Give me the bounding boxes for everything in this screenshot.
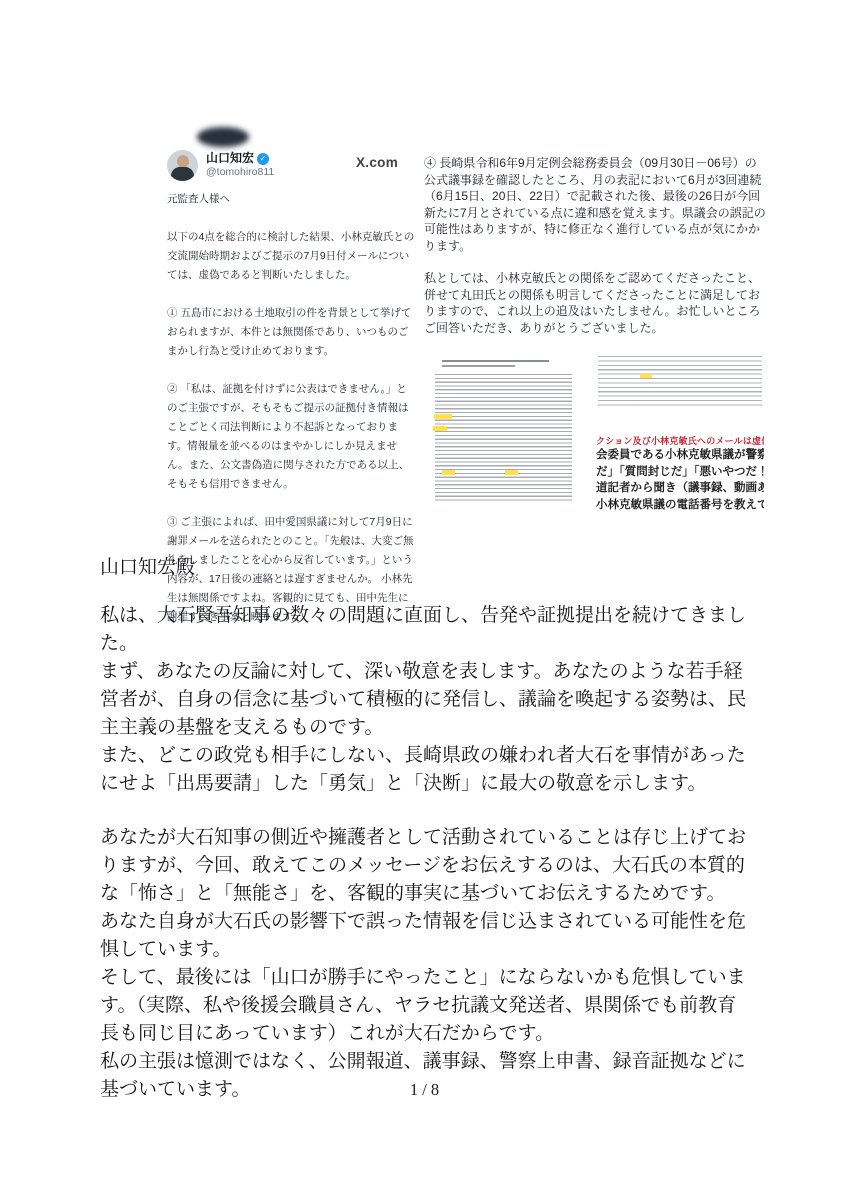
- highlight-mark: [505, 470, 518, 475]
- thumbnail-header-line: [442, 365, 515, 367]
- author-handle: @tomohiro811: [206, 166, 274, 179]
- tweet-paragraph: ① 五島市における土地取引の件を背景として挙げておられますが、本件とは無関係であ…: [167, 304, 415, 361]
- verified-badge-icon: ✓: [257, 153, 269, 165]
- article-text-fragment: 会委員である小林克敏県議が警察本 だ」「質問封じだ」「悪いやつだ！問題 道記者か…: [596, 447, 764, 513]
- thumbnail-text-lines: [598, 356, 762, 408]
- letter-body: 山口知宏殿 私は、大石賢吾知事の数々の問題に直面し、告発や証拠提出を続けてきまし…: [100, 554, 752, 1104]
- tweet-paragraph: ④ 長崎県令和6年9月定例会総務委員会（09月30日－06号）の公式議事録を確認…: [424, 155, 768, 254]
- tweet-screenshot: 山口知宏 ✓ @tomohiro811 X.com 元監査人様へ 以下の4点を総…: [160, 140, 770, 548]
- attachment-article-thumbnail: クション及び小林克敏氏へのメールは虚偽と 会委員である小林克敏県議が警察本 だ」…: [596, 354, 764, 506]
- tweet-paragraph: ② 「私は、証拠を付けずに公表はできません。」とのご主張ですが、そもそもご提示の…: [167, 380, 415, 494]
- article-line: 道記者から聞き（議事録、動画あり）: [596, 480, 764, 497]
- tweet-header: 山口知宏 ✓ @tomohiro811: [167, 150, 274, 181]
- highlight-mark: [640, 374, 652, 378]
- avatar-suit: [171, 167, 194, 181]
- attachment-minutes-thumbnail: [432, 358, 575, 508]
- tweet-greeting: 元監査人様へ: [167, 190, 415, 209]
- article-line: 会委員である小林克敏県議が警察本: [596, 447, 764, 464]
- page-number: 1 / 8: [0, 1080, 849, 1100]
- letter-paragraph: 私は、大石賢吾知事の数々の問題に直面し、告発や証拠提出を続けてきました。: [100, 602, 752, 658]
- letter-paragraph: そして、最後には「山口が勝手にやったこと」にならないかも危惧しています。（実際、…: [100, 964, 752, 1048]
- tweet-text-column-2: ④ 長崎県令和6年9月定例会総務委員会（09月30日－06号）の公式議事録を確認…: [424, 155, 768, 352]
- xcom-watermark: X.com: [356, 155, 398, 170]
- author-display-name: 山口知宏: [206, 151, 254, 166]
- letter-paragraph: あなた自身が大石氏の影響下で誤った情報を信じ込まされている可能性を危惧しています…: [100, 908, 752, 964]
- tweet-paragraph: 私としては、小林克敏氏との関係をご認めてくださったこと、併せて丸田氏との関係も明…: [424, 270, 768, 336]
- article-line: 小林克敏県議の電話番号を教えてい: [596, 497, 764, 514]
- thumbnail-header-line: [442, 360, 549, 362]
- highlight-mark: [442, 470, 455, 475]
- highlight-mark: [434, 414, 452, 419]
- highlight-mark: [433, 426, 447, 431]
- letter-paragraph: まず、あなたの反論に対して、深い敬意を表します。あなたのような若手経営者が、自身…: [100, 658, 752, 742]
- thumbnail-text-lines: [435, 374, 572, 502]
- crop-artifact-smudge: [197, 127, 249, 147]
- tweet-paragraph: 以下の4点を総合的に検討した結果、小林克敏氏との交流開始時期およびご提示の7月9…: [167, 228, 415, 285]
- letter-paragraph: また、どこの政党も相手にしない、長崎県政の嫌われ者大石を事情があったにせよ「出馬…: [100, 742, 752, 798]
- document-page: 山口知宏 ✓ @tomohiro811 X.com 元監査人様へ 以下の4点を総…: [0, 0, 849, 1200]
- letter-paragraph: あなたが大石知事の側近や擁護者として活動されていることは存じ上げておりますが、今…: [100, 824, 752, 908]
- article-red-headline: クション及び小林克敏氏へのメールは虚偽と: [596, 434, 764, 447]
- tweet-author: 山口知宏 ✓ @tomohiro811: [206, 151, 274, 179]
- avatar: [167, 150, 198, 181]
- article-line: だ」「質問封じだ」「悪いやつだ！問題: [596, 464, 764, 481]
- letter-recipient: 山口知宏殿: [100, 554, 752, 582]
